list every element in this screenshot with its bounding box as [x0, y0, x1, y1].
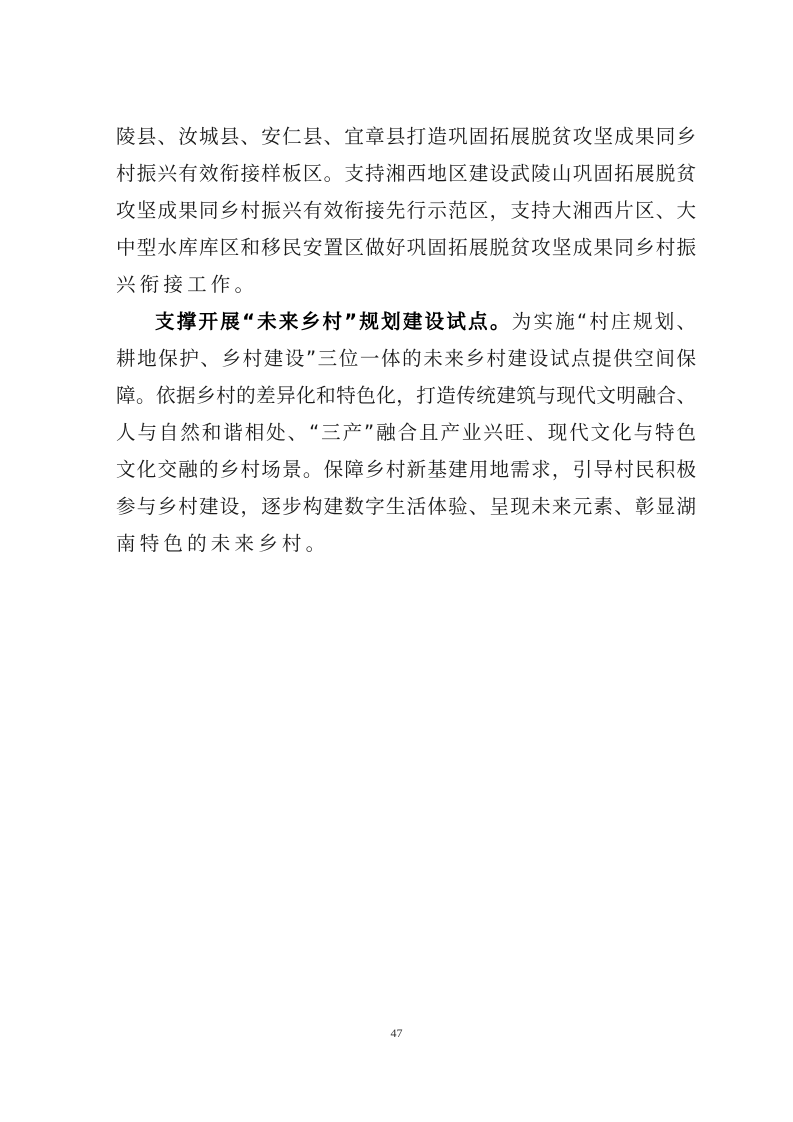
text-line: 人与自然和谐相处、“三产”融合且产业兴旺、现代文化与特色	[116, 414, 696, 451]
text-line: 耕地保护、乡村建设”三位一体的未来乡村建设试点提供空间保	[116, 340, 696, 377]
text-line: 障。依据乡村的差异化和特色化，打造传统建筑与现代文明融合、	[116, 377, 696, 414]
paragraph-2: 支撑开展“未来乡村”规划建设试点。为实施“村庄规划、 耕地保护、乡村建设”三位一…	[116, 303, 696, 562]
text-line: 南特色的未来乡村。	[116, 525, 696, 562]
text-line: 参与乡村建设，逐步构建数字生活体验、呈现未来元素、彰显湖	[116, 488, 696, 525]
body-text: 陵县、汝城县、安仁县、宜章县打造巩固拓展脱贫攻坚成果同乡 村振兴有效衔接样板区。…	[116, 118, 696, 562]
heading-followup-text: 为实施“村庄规划、	[512, 310, 696, 333]
text-line: 中型水库库区和移民安置区做好巩固拓展脱贫攻坚成果同乡村振	[116, 229, 696, 266]
document-page: 陵县、汝城县、安仁县、宜章县打造巩固拓展脱贫攻坚成果同乡 村振兴有效衔接样板区。…	[0, 0, 793, 1122]
text-line-with-heading: 支撑开展“未来乡村”规划建设试点。为实施“村庄规划、	[116, 303, 696, 340]
text-line: 兴衔接工作。	[116, 266, 696, 303]
paragraph-heading: 支撑开展“未来乡村”规划建设试点。	[155, 310, 512, 333]
text-line: 文化交融的乡村场景。保障乡村新基建用地需求，引导村民积极	[116, 451, 696, 488]
paragraph-1: 陵县、汝城县、安仁县、宜章县打造巩固拓展脱贫攻坚成果同乡 村振兴有效衔接样板区。…	[116, 118, 696, 303]
text-line: 陵县、汝城县、安仁县、宜章县打造巩固拓展脱贫攻坚成果同乡	[116, 118, 696, 155]
text-line: 村振兴有效衔接样板区。支持湘西地区建设武陵山巩固拓展脱贫	[116, 155, 696, 192]
page-number: 47	[0, 1026, 793, 1041]
text-line: 攻坚成果同乡村振兴有效衔接先行示范区，支持大湘西片区、大	[116, 192, 696, 229]
